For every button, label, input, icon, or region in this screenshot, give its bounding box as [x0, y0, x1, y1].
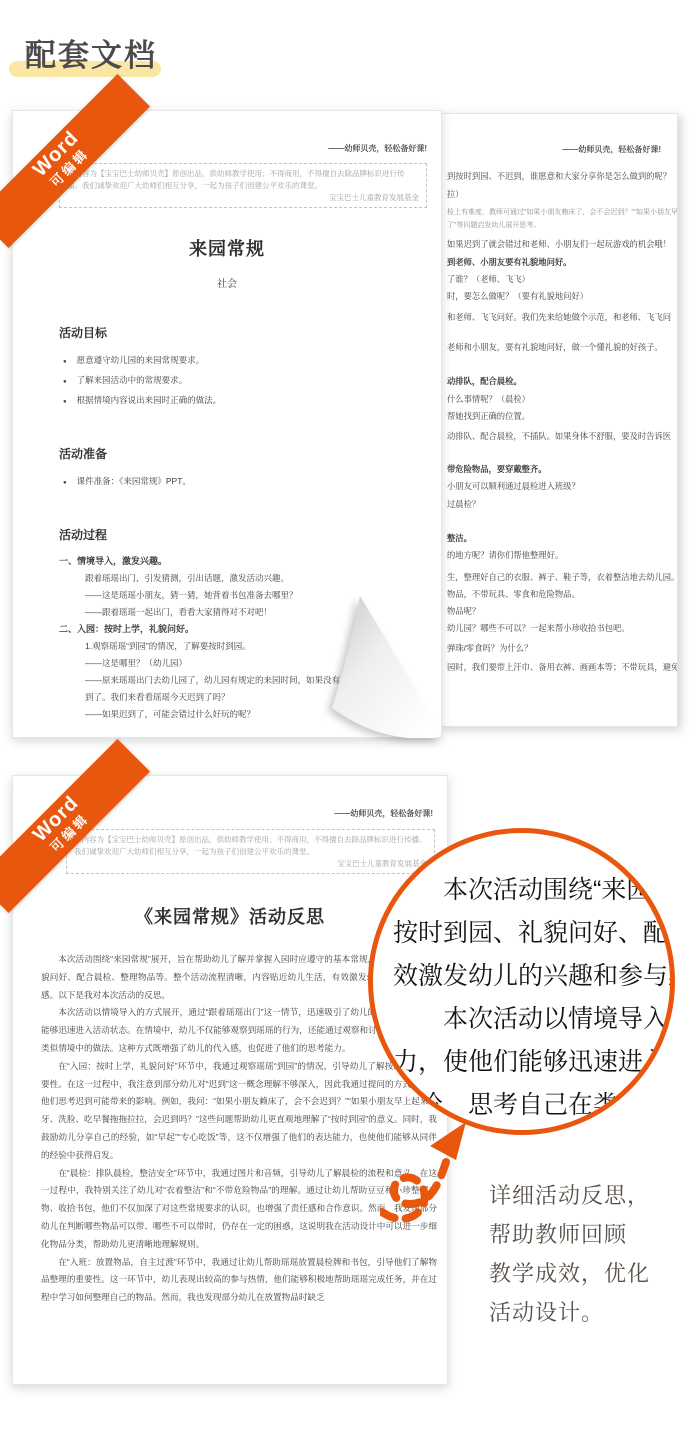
- doc-line: 园时，我们要带上汗巾、备用衣裤、画画本等；不带玩具，避免玩具丢失或造: [447, 659, 677, 676]
- magnified-text: 本次活动围绕“来园常规按时到园、礼貌问好、配合晨检、效激发幼儿的兴趣和参与感。以…: [373, 833, 670, 1127]
- page-title: 配套文档: [9, 30, 157, 75]
- doc-line: 幼儿园？哪些不可以？一起来帮小珍收拾书包吧。: [447, 620, 677, 637]
- lesson-title: 来园常规: [13, 235, 441, 261]
- caption-line: 详细活动反思，: [489, 1176, 650, 1215]
- reflection-paragraph: 在“入园：按时上学，礼貌问好”环节中，我通过观察瑶瑶“到园”的情况，引导幼儿了解…: [41, 1058, 437, 1165]
- lesson-doc-page2: ——幼师贝壳，轻松备好课! 到按时到园、不迟到，谁愿意和大家分享你是怎么做到的呢…: [440, 113, 678, 727]
- doc-line: 动排队、配合晨检，不插队。如果身体不舒服，要及时告诉医: [447, 428, 677, 445]
- copyright-notice-box: 本内容为【宝宝巴士幼师贝壳】原创出品，供幼师教学使用；不得商用，不得擅自去除品牌…: [59, 163, 427, 208]
- page-curl: [332, 596, 442, 738]
- doc-line: 了谁？（老师、飞飞）: [447, 271, 677, 288]
- doc-line: 过晨检？: [447, 496, 677, 513]
- magnified-line: 按时到园、礼貌问好、配合晨检、: [393, 912, 670, 955]
- reflection-paragraph: 在“晨检：排队晨检，整洁安全”环节中，我通过图片和音频，引导幼儿了解晨检的流程和…: [41, 1165, 437, 1254]
- copyright-notice-text: 本内容为【宝宝巴士幼师贝壳】原创出品，供幼师教学使用；不得商用，不得擅自去除品牌…: [74, 834, 427, 858]
- doc-line: 物品呢？: [447, 603, 677, 620]
- doc-line: 如果迟到了就会错过和老师、小朋友们一起玩游戏的机会哦！: [447, 236, 677, 253]
- goal-item: 根据情境内容说出来园时正确的做法。: [63, 391, 441, 411]
- goal-item: 愿意遵守幼儿园的来园常规要求。: [63, 351, 441, 371]
- magnifier-circle: 本次活动围绕“来园常规按时到园、礼貌问好、配合晨检、效激发幼儿的兴趣和参与感。以…: [368, 828, 675, 1135]
- caption-text: 详细活动反思，帮助教师回顾教学成效，优化活动设计。: [489, 1176, 650, 1332]
- doc-line: 和老师、飞飞问好。我们先来给她做个示范，和老师、飞飞问: [447, 309, 677, 326]
- doc-line: 老师和小朋友，要有礼貌地问好，做一个懂礼貌的好孩子。: [447, 339, 677, 356]
- magnified-line: 本次活动围绕“来园常规: [393, 869, 670, 912]
- goals-heading: 活动目标: [59, 324, 441, 341]
- caption-line: 活动设计。: [489, 1293, 650, 1332]
- copyright-notice-box: 本内容为【宝宝巴士幼师贝壳】原创出品，供幼师教学使用；不得商用，不得擅自去除品牌…: [66, 829, 435, 874]
- doc-line: 的地方呢？请你们帮他整理好。: [447, 547, 677, 564]
- prep-item: 课件准备：《来园常规》PPT。: [63, 472, 441, 492]
- magnified-line: 本次活动以情境导入的方式展: [393, 998, 670, 1041]
- doc-line: 到老师、小朋友要有礼貌地问好。: [447, 254, 677, 271]
- prep-list: 课件准备：《来园常规》PPT。: [63, 472, 441, 492]
- copyright-notice-signature: 宝宝巴士儿童教育发展基金: [74, 858, 427, 870]
- goals-list: 愿意遵守幼儿园的来园常规要求。了解来园活动中的常规要求。根据情境内容说出来园时正…: [63, 351, 441, 411]
- copyright-notice-text: 本内容为【宝宝巴士幼师贝壳】原创出品，供幼师教学使用；不得商用，不得擅自去除品牌…: [67, 168, 419, 192]
- doc-line: 弹珠/零食吗？为什么？: [447, 640, 677, 657]
- copyright-notice-signature: 宝宝巴士儿童教育发展基金: [67, 192, 419, 204]
- dashed-arrow-icon: [380, 1118, 480, 1230]
- doc-line: 整洁。: [447, 530, 677, 547]
- promo-page: 配套文档 ——幼师贝壳，轻松备好课! 到按时到园、不迟到，谁愿意和大家分享你是怎…: [0, 0, 700, 1436]
- lesson-doc-page1: ——幼师贝壳，轻松备好课! 本内容为【宝宝巴士幼师贝壳】原创出品，供幼师教学使用…: [12, 110, 442, 738]
- doc-line: 拉）: [447, 186, 677, 203]
- doc-line: 了”等问题启发幼儿展开思考。: [447, 219, 677, 232]
- doc-tagline: ——幼师贝壳，轻松备好课!: [441, 144, 661, 155]
- prep-heading: 活动准备: [59, 445, 441, 462]
- doc-line: 带危险物品，要穿戴整齐。: [447, 461, 677, 478]
- doc-line: 检上有难度，教师可通过“如果小朋友赖床了，会不会迟到？”“如果小朋友早上起: [447, 206, 677, 219]
- doc-line: 小朋友可以顺利通过晨检进入班级？: [447, 478, 677, 495]
- reflection-doc-page: ——幼师贝壳，轻松备好课! 本内容为【宝宝巴士幼师贝壳】原创出品，供幼师教学使用…: [12, 775, 448, 1385]
- doc-line: 动排队，配合晨检。: [447, 373, 677, 390]
- magnified-line: 力，使他们能够迅速进入活动状: [393, 1041, 670, 1084]
- process-line: 跟着瑶瑶出门，引发猜测，引出话题，激发活动兴趣。: [85, 570, 427, 587]
- doc-line: 物品，不带玩具、零食和危险物品。: [447, 586, 677, 603]
- magnified-line: 效激发幼儿的兴趣和参与感。以下: [393, 955, 670, 998]
- caption-line: 教学成效，优化: [489, 1254, 650, 1293]
- goal-item: 了解来园活动中的常规要求。: [63, 371, 441, 391]
- lesson-subtitle: 社会: [13, 275, 441, 290]
- process-line: 一、情境导入，激发兴趣。: [59, 553, 427, 570]
- doc-line: 帮她找到正确的位置。: [447, 408, 677, 425]
- doc-line: 生，整理好自己的衣服、裤子、鞋子等，衣着整洁地去幼儿园。: [447, 569, 677, 586]
- doc-line: 到按时到园、不迟到，谁愿意和大家分享你是怎么做到的呢？: [447, 168, 677, 185]
- doc-line: 时，要怎么做呢？（要有礼貌地问好）: [447, 288, 677, 305]
- caption-line: 帮助教师回顾: [489, 1215, 650, 1254]
- process-heading: 活动过程: [59, 526, 441, 543]
- doc-line: 什么事情呢？（晨检）: [447, 391, 677, 408]
- doc-page2-lines: 到按时到园、不迟到，谁愿意和大家分享你是怎么做到的呢？拉）检上有难度，教师可通过…: [441, 168, 677, 676]
- reflection-paragraph: 在“入班：放置物品，自主过渡”环节中，我通过让幼儿帮助瑶瑶放置晨检牌和书包，引导…: [41, 1254, 437, 1307]
- page-heading: 配套文档: [9, 30, 157, 75]
